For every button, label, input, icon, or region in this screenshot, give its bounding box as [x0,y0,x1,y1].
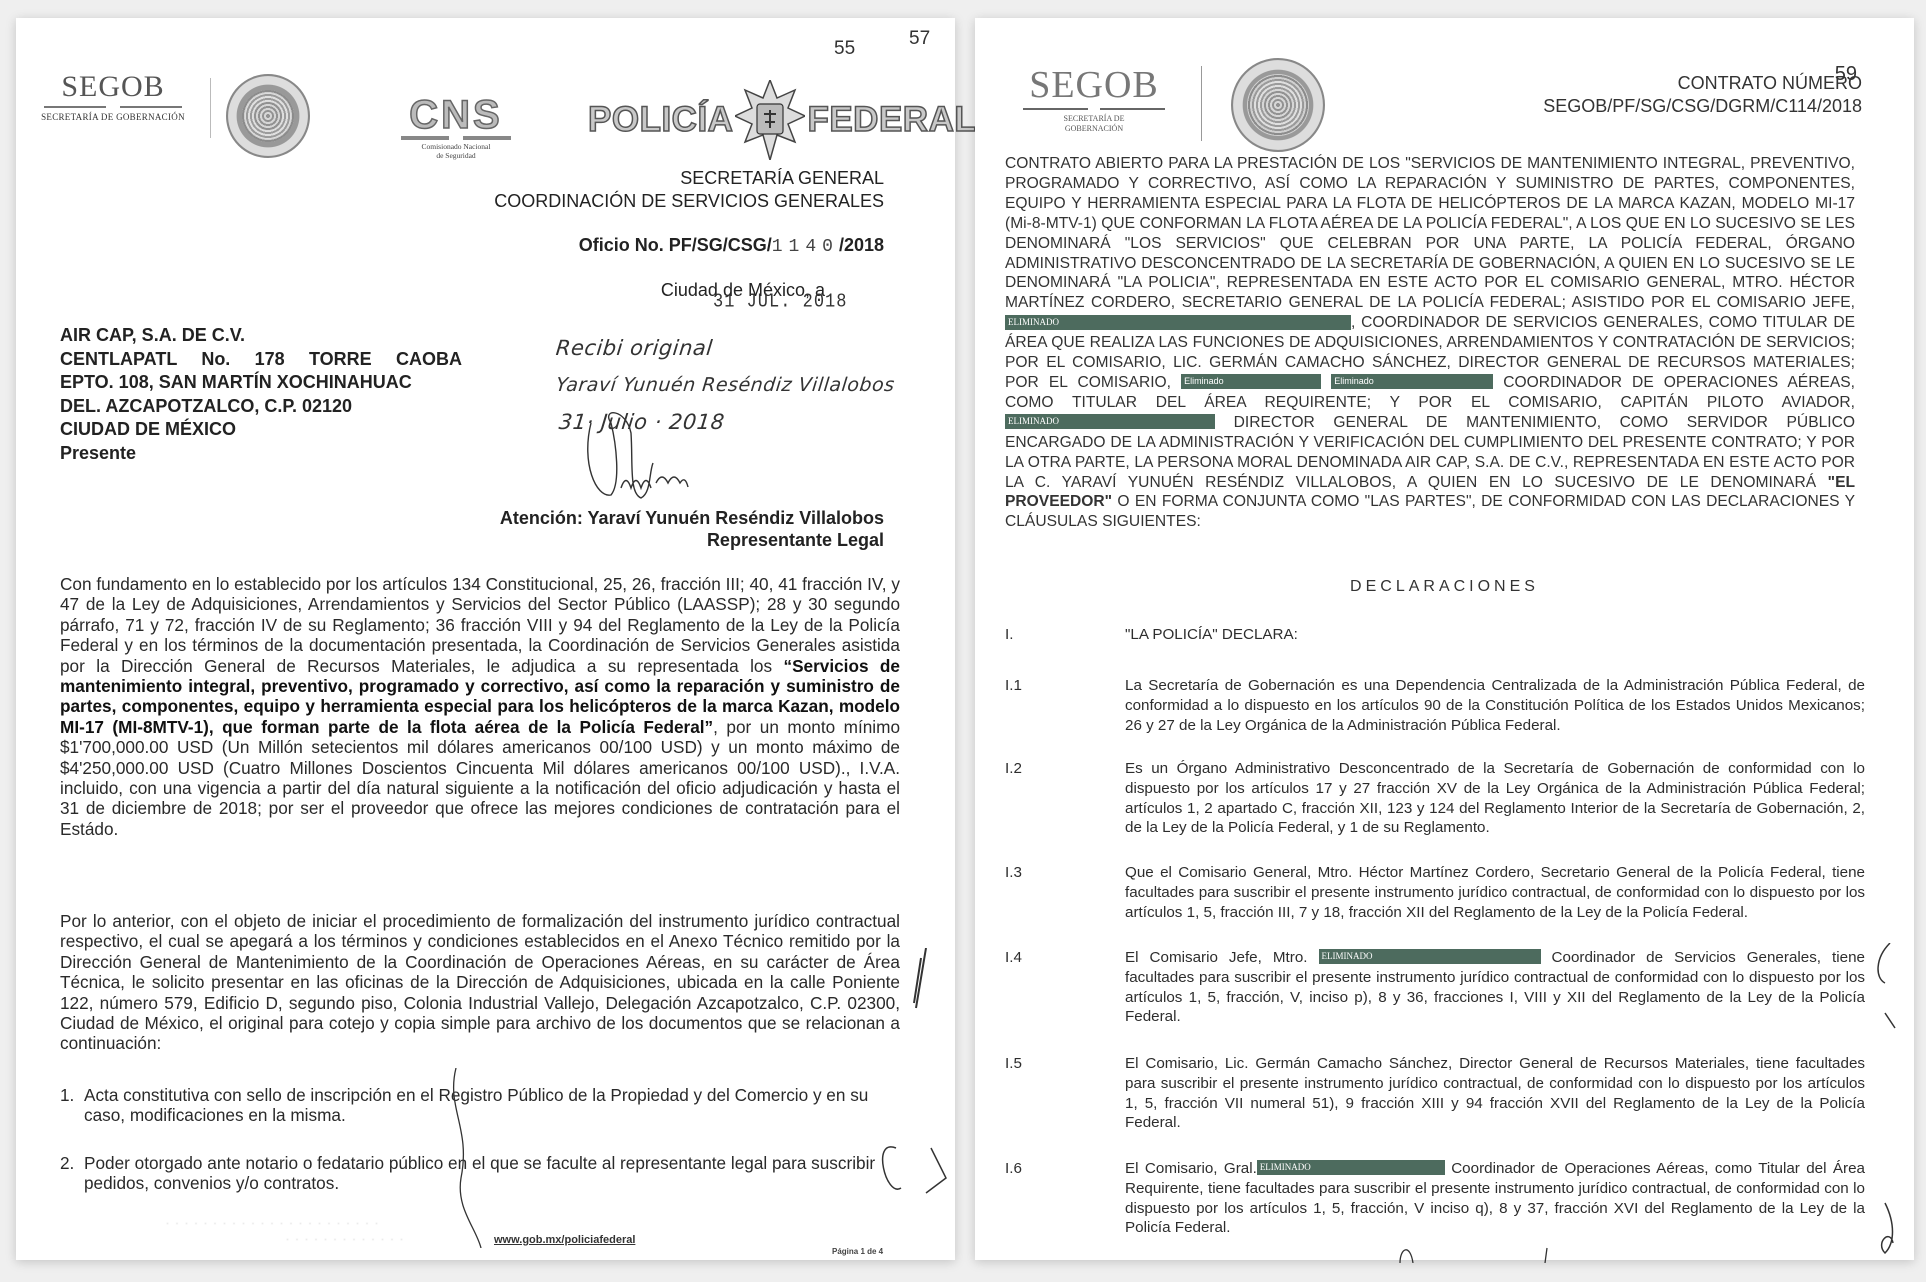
oficio-number: Oficio No. PF/SG/CSG/1140/2018 [579,235,884,257]
oficio-page: 55 57 SEGOB SECRETARÍA DE GOBERNACIÓN CN… [16,18,955,1260]
footer-website-link[interactable]: www.gob.mx/policiafederal [494,1234,635,1246]
attention-line: Atención: Yaraví Yunuén Reséndiz Villalo… [500,508,884,529]
recipient-address: AIR CAP, S.A. DE C.V. CENTLAPATL No. 178… [60,324,462,465]
segob-logo: SEGOB SECRETARÍA DE GOBERNACIÓN [1021,66,1167,134]
header-secretaria-general: SECRETARÍA GENERAL [680,168,884,189]
page-number: 57 [909,28,930,50]
logo-divider [210,78,211,138]
mexican-coat-of-arms-seal-icon [1231,58,1325,152]
declaration-item: I."LA POLICÍA" DECLARA: [1005,625,1865,645]
date-stamp: 31 JUL. 2018 [713,292,847,314]
declaration-item: I.4El Comisario Jefe, Mtro. ELIMINADO Co… [1005,948,1865,1027]
page-number-stamp: 55 [834,38,855,60]
footer-page-number: Página 1 de 4 [832,1247,883,1256]
request-paragraph: Por lo anterior, con el objeto de inicia… [60,911,900,1054]
margin-initials-icon [1865,943,1905,1263]
contract-number: SEGOB/PF/SG/CSG/DGRM/C114/2018 [1543,96,1862,117]
footer-phone-blurred: · · · · · · · · · · · · · [286,1234,405,1244]
police-star-badge-icon [735,80,805,160]
declaration-item: I.1La Secretaría de Gobernación es una D… [1005,676,1865,735]
contract-label: CONTRATO NÚMERO [1678,73,1862,94]
section-title-declaraciones: DECLARACIONES [975,578,1914,596]
redaction-box: ELIMINADO [1005,414,1215,429]
redaction-box: ELIMINADO [1005,315,1351,330]
signature-fragment-icon [1395,1243,1555,1263]
handwritten-name: Yaraví Yunuén Reséndiz Villalobos [555,374,896,396]
declaration-item: I.6El Comisario, Gral.ELIMINADO Coordina… [1005,1159,1865,1238]
redaction-box: ELIMINADO [1319,949,1541,964]
document-list-item: 2.Poder otorgado ante notario o fedatari… [60,1153,900,1194]
logo-divider [1201,66,1202,141]
adjudication-paragraph: Con fundamento en lo establecido por los… [60,574,900,839]
document-list-item: 1.Acta constitutiva con sello de inscrip… [60,1085,900,1126]
contract-preamble: CONTRATO ABIERTO PARA LA PRESTACIÓN DE L… [1005,154,1855,532]
declaration-item: I.5El Comisario, Lic. Germán Camacho Sán… [1005,1054,1865,1133]
mexican-coat-of-arms-seal-icon [226,74,310,158]
declaration-item: I.3Que el Comisario General, Mtro. Hécto… [1005,863,1865,922]
cns-logo: CNS Comisionado Nacional de Seguridad [401,96,511,160]
segob-logo: SEGOB SECRETARÍA DE GOBERNACIÓN [38,72,188,122]
declaration-item: I.2Es un Órgano Administrativo Desconcen… [1005,759,1865,838]
contract-page: SEGOB SECRETARÍA DE GOBERNACIÓN 59 CONTR… [975,18,1914,1260]
handwritten-date: 31· Julio · 2018 [558,410,726,434]
redaction-box: Eliminado [1181,374,1321,389]
policia-federal-logo: POLICÍA FEDERAL [588,80,976,160]
attention-role: Representante Legal [707,530,884,551]
handwritten-receipt-note: Recibi original [555,336,714,360]
footer-address-blurred: · · · · · · · · · · · · · · · · · · · · … [166,1218,380,1228]
header-coordinacion: COORDINACIÓN DE SERVICIOS GENERALES [494,191,884,212]
redaction-box: Eliminado [1331,374,1493,389]
redaction-box: ELIMINADO [1257,1160,1445,1175]
